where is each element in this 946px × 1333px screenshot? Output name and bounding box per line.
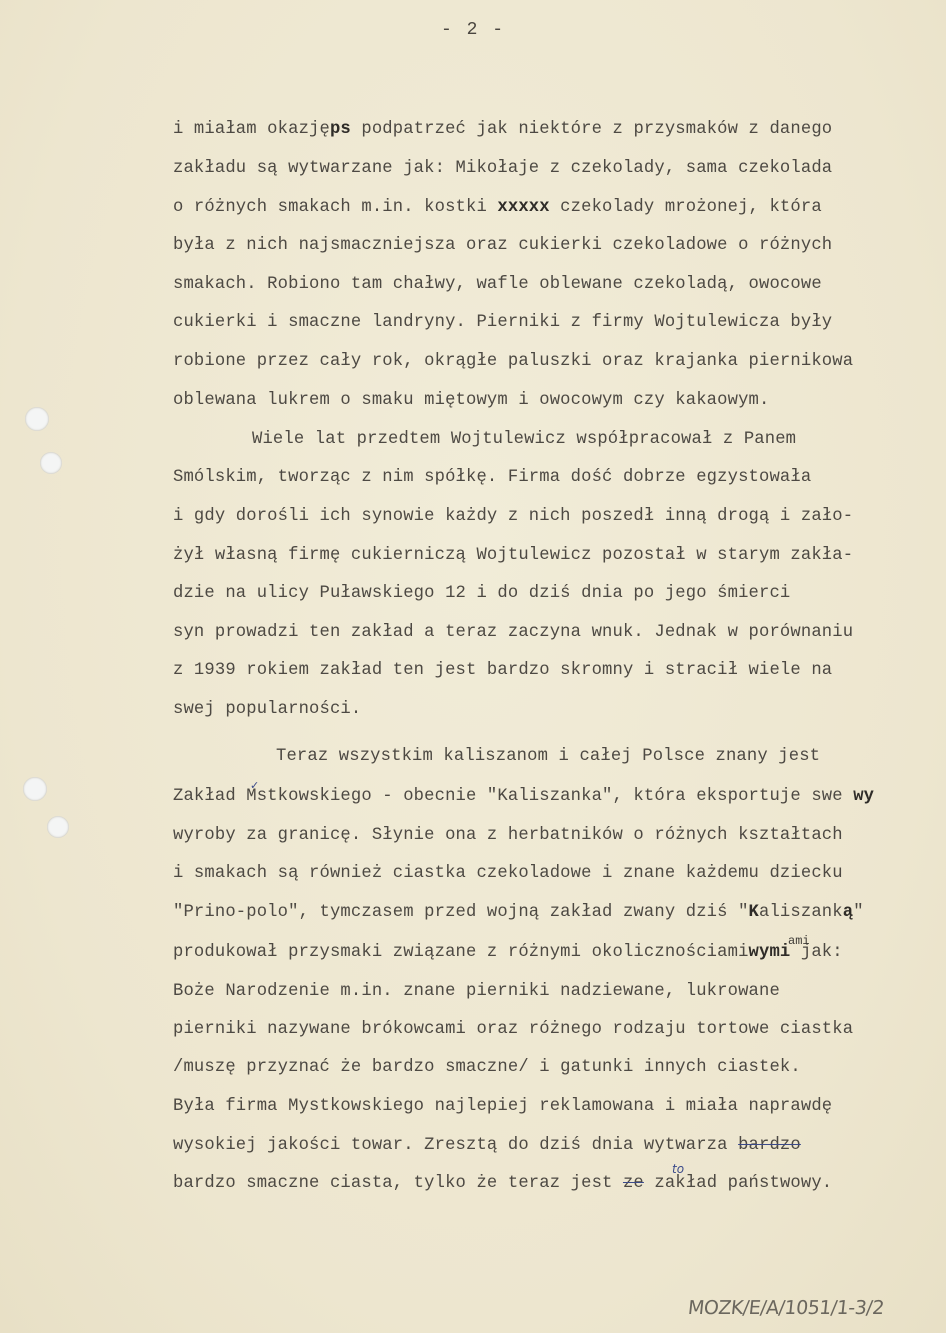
text-line: bardzo smaczne ciasta, tylko że teraz je…: [173, 1174, 832, 1193]
text-line: Smólskim, tworząc z nim spółkę. Firma do…: [173, 468, 811, 487]
text-line: smakach. Robiono tam chałwy, wafle oblew…: [173, 275, 822, 294]
punch-hole: [23, 777, 47, 801]
document-page: - 2 - i miałam okazjęps podpatrzeć jak n…: [0, 0, 946, 1333]
text-line: żył własną firmę cukierniczą Wojtulewicz…: [173, 546, 853, 565]
punch-hole: [40, 452, 62, 474]
text-line: Zakład Mstkowskiego - obecnie "Kaliszank…: [173, 787, 874, 806]
punch-hole: [25, 407, 49, 431]
text-line: i miałam okazjęps podpatrzeć jak niektór…: [173, 120, 832, 139]
text-line: oblewana lukrem o smaku miętowym i owoco…: [173, 391, 769, 410]
pen-insertion: to: [672, 1162, 684, 1176]
text-line: zakładu są wytwarzane jak: Mikołaje z cz…: [173, 159, 832, 178]
text-line: wysokiej jakości towar. Zresztą do dziś …: [173, 1136, 801, 1155]
text-line: Była firma Mystkowskiego najlepiej rekla…: [173, 1097, 832, 1116]
text-line: /muszę przyznać że bardzo smaczne/ i gat…: [173, 1058, 801, 1077]
text-line: o różnych smakach m.in. kostki xxxxx cze…: [173, 198, 822, 217]
pen-correction-mark: ✓: [250, 779, 259, 792]
text-line: Wiele lat przedtem Wojtulewicz współprac…: [252, 430, 796, 449]
text-line: z 1939 rokiem zakład ten jest bardzo skr…: [173, 661, 832, 680]
text-line: "Prino-polo", tymczasem przed wojną zakł…: [173, 903, 864, 922]
text-line: dzie na ulicy Puławskiego 12 i do dziś d…: [173, 584, 790, 603]
text-line: produkował przysmaki związane z różnymi …: [173, 943, 843, 962]
text-line: i gdy dorośli ich synowie każdy z nich p…: [173, 507, 853, 526]
text-line: cukierki i smaczne landryny. Pierniki z …: [173, 313, 832, 332]
typed-insertion: ami: [788, 934, 810, 948]
page-number: - 2 -: [0, 20, 946, 40]
typed-over-text: wymi: [749, 943, 791, 962]
text-line: swej popularności.: [173, 700, 361, 719]
text-line: pierniki nazywane brókowcami oraz różneg…: [173, 1020, 853, 1039]
text-line: robione przez cały rok, okrągłe paluszki…: [173, 352, 853, 371]
punch-hole: [47, 816, 69, 838]
text-line: Boże Narodzenie m.in. znane pierniki nad…: [173, 982, 780, 1001]
typed-over-text: xxxxx: [497, 198, 549, 217]
struck-text: ze: [623, 1174, 644, 1193]
text-line: i smakach są również ciastka czekoladowe…: [173, 864, 843, 883]
archive-reference: MOZK/E/A/1051/1-3/2: [687, 1297, 885, 1319]
struck-text: bardzo: [738, 1136, 801, 1155]
text-line: wyroby za granicę. Słynie ona z herbatni…: [173, 826, 843, 845]
text-line: była z nich najsmaczniejsza oraz cukierk…: [173, 236, 832, 255]
typed-over-text: ps: [330, 120, 351, 139]
text-line: Teraz wszystkim kaliszanom i całej Polsc…: [276, 747, 820, 766]
text-line: syn prowadzi ten zakład a teraz zaczyna …: [173, 623, 853, 642]
typed-over-text: wy: [853, 787, 874, 806]
